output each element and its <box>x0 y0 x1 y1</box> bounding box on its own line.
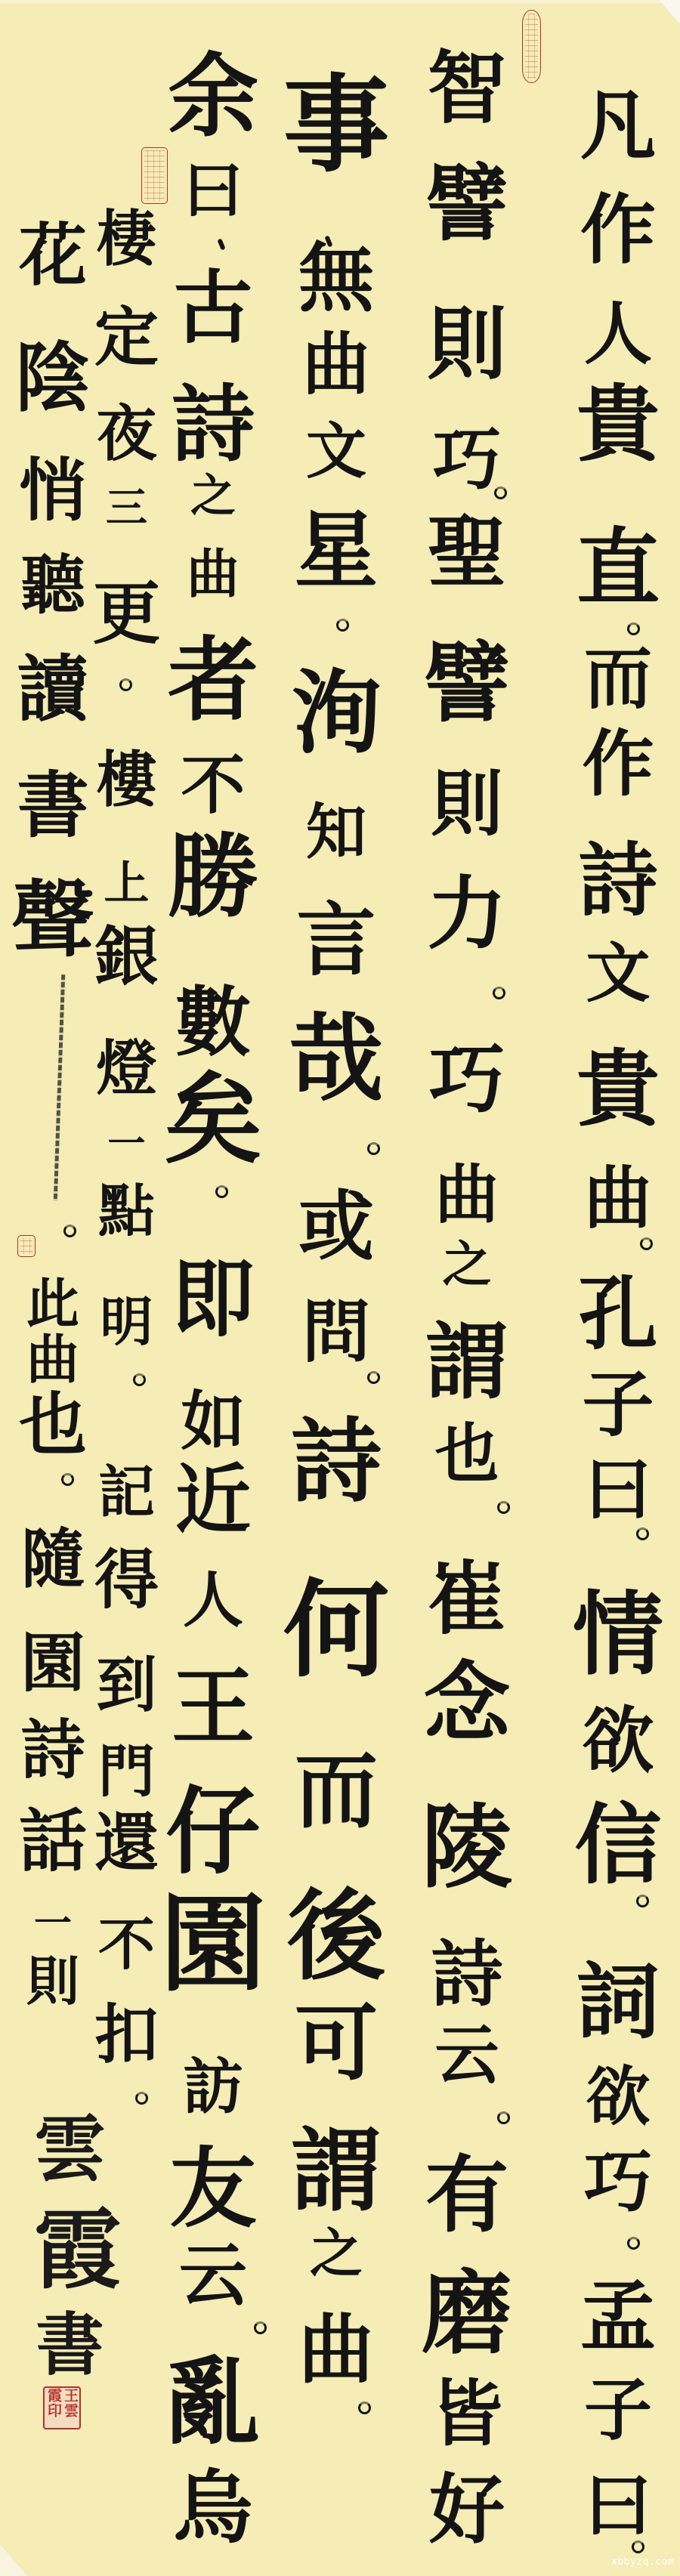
glyph: 詞 <box>569 1960 667 2043</box>
glyph: 即 <box>156 1258 270 1341</box>
glyph: 聖 <box>414 513 520 592</box>
glyph: 古 <box>156 268 270 347</box>
glyph: 詩 <box>156 383 270 466</box>
signature-glyph: 雲 <box>34 2114 106 2185</box>
full-stop-mark <box>640 1237 653 1250</box>
glyph: 曰 <box>156 160 270 221</box>
glyph: 皆 <box>414 2378 520 2450</box>
glyph: 事 <box>280 73 393 178</box>
glyph: 曲 <box>569 1164 667 1232</box>
glyph: 詩 <box>414 1938 520 2010</box>
glyph: 如 <box>156 1390 270 1454</box>
watermark: xbbyzq.com <box>611 2556 674 2568</box>
full-stop-mark <box>497 1501 510 1514</box>
glyph: 謂 <box>280 2126 393 2216</box>
glyph: 子 <box>569 2376 667 2444</box>
full-stop-mark <box>358 2401 371 2414</box>
full-stop-mark <box>119 678 132 691</box>
calligraphy-scroll: 凡 作 人 貴 直 而 作 詩 文 貴 曲 孔 子 曰 情 欲 信 詞 欲 巧 … <box>0 0 680 2576</box>
glyph: 巧 <box>414 1041 520 1117</box>
glyph: 譬 <box>414 162 520 246</box>
full-stop-mark <box>336 619 349 632</box>
glyph: 貴 <box>569 1048 667 1131</box>
text-column-3: 事 無 曲 文 星 洵 知 言 哉 或 問 詩 何 而 後 可 謂 之 曲 <box>280 0 393 2576</box>
glyph: 園 <box>156 1892 270 1997</box>
glyph: 之 <box>280 2227 393 2280</box>
glyph: 詩 <box>569 841 667 920</box>
glyph: 巧 <box>569 2148 667 2216</box>
glyph: 欲 <box>569 1705 667 1777</box>
glyph: 曲 <box>280 330 393 398</box>
glyph: 王 <box>156 1666 270 1749</box>
seal-oval-top <box>522 10 541 83</box>
glyph: 余 <box>156 51 270 142</box>
full-stop-mark <box>61 1473 74 1486</box>
name-seal-text: 王雲霞印 <box>45 2388 79 2428</box>
full-stop-mark <box>133 1373 146 1386</box>
glyph: 也 <box>414 1422 520 1487</box>
glyph: 洵 <box>280 668 393 758</box>
full-stop-mark <box>367 1371 380 1384</box>
full-stop-mark <box>627 2237 640 2250</box>
glyph: 好 <box>414 2472 520 2547</box>
glyph: 星 <box>280 509 393 592</box>
glyph: 則 <box>414 304 520 384</box>
glyph: 文 <box>280 421 393 481</box>
glyph: 之 <box>156 474 270 519</box>
glyph: 孔 <box>569 1274 667 1354</box>
glyph: 言 <box>280 900 393 980</box>
glyph: 近 <box>156 1462 270 1537</box>
seal-small-square-left <box>17 1235 36 1257</box>
glyph: 而 <box>280 1750 393 1833</box>
text-column-1: 凡 作 人 貴 直 而 作 詩 文 貴 曲 孔 子 曰 情 欲 信 詞 欲 巧 … <box>569 0 667 2576</box>
seal-rectangle-upper-left <box>141 147 168 204</box>
glyph: 云 <box>414 2024 520 2088</box>
glyph: 譬 <box>414 640 520 727</box>
glyph: 作 <box>569 728 667 800</box>
name-seal: 王雲霞印 <box>43 2386 81 2429</box>
glyph: 之 <box>414 1240 520 1290</box>
full-stop-mark <box>493 987 505 999</box>
signature-glyph: 霞 <box>34 2207 106 2293</box>
glyph: 磨 <box>414 2269 520 2359</box>
glyph: 友 <box>156 2145 270 2232</box>
glyph: 念 <box>414 1660 520 1747</box>
glyph: 知 <box>280 802 393 862</box>
glyph: 曲 <box>280 2312 393 2387</box>
glyph: 無 <box>280 240 393 316</box>
full-stop-mark <box>254 2321 267 2334</box>
full-stop-mark <box>632 2540 644 2553</box>
glyph: 人 <box>156 1570 270 1630</box>
glyph: 烏 <box>156 2468 270 2547</box>
full-stop-mark <box>215 1185 228 1198</box>
glyph: 後 <box>280 1887 393 1985</box>
glyph: 智 <box>414 48 520 128</box>
glyph: 作 <box>569 192 667 267</box>
glyph: 貴 <box>569 383 667 466</box>
full-stop-mark <box>636 1895 649 1907</box>
glyph: 人 <box>569 300 667 368</box>
glyph: 則 <box>414 768 520 840</box>
glyph: 矣 <box>156 1070 270 1169</box>
full-stop-mark <box>636 1527 649 1540</box>
glyph: 巧 <box>414 425 520 493</box>
glyph: 陵 <box>414 1802 520 1893</box>
glyph: 何 <box>280 1577 393 1683</box>
glyph: 仔 <box>156 1785 270 1879</box>
glyph: 文 <box>569 942 667 1006</box>
full-stop-mark <box>63 1225 76 1237</box>
glyph: 訪 <box>156 2056 270 2117</box>
glyph: 曰 <box>569 1456 667 1524</box>
glyph: 有 <box>414 2154 520 2237</box>
glyph: 凡 <box>569 88 667 163</box>
glyph: 子 <box>569 1369 667 1441</box>
full-stop-mark <box>497 2111 510 2124</box>
text-column-4: 余 曰 古 詩 之 曲 者 不 勝 數 矣 即 如 近 人 王 仔 園 訪 友 … <box>156 0 270 2576</box>
glyph: 曰 <box>569 2472 667 2540</box>
signature-glyph: 書 <box>34 2311 106 2379</box>
glyph: 數 <box>156 984 270 1060</box>
full-stop-mark <box>627 622 640 635</box>
glyph: 而 <box>569 644 667 712</box>
glyph: 問 <box>280 1298 393 1366</box>
signature: 雲 霞 書 <box>34 0 106 2576</box>
glyph: 欲 <box>569 2065 667 2130</box>
glyph: 孟 <box>569 2278 667 2354</box>
glyph: 謂 <box>414 1320 520 1404</box>
glyph: 勝 <box>156 832 270 922</box>
glyph: 者 <box>156 635 270 726</box>
glyph: 不 <box>156 754 270 818</box>
glyph: 崔 <box>414 1559 520 1639</box>
glyph: 亂 <box>156 2355 270 2450</box>
glyph: 可 <box>280 2002 393 2085</box>
glyph: 哉 <box>280 1012 393 1107</box>
text-column-2: 智 譬 則 巧 聖 譬 則 力 巧 曲 之 謂 也 崔 念 陵 詩 云 有 磨 … <box>414 0 520 2576</box>
full-stop-mark <box>494 486 507 499</box>
glyph: 曲 <box>156 548 270 601</box>
glyph: 詩 <box>280 1416 393 1507</box>
glyph: 信 <box>569 1802 667 1889</box>
full-stop-mark <box>135 2092 148 2105</box>
glyph: 或 <box>280 1188 393 1264</box>
glyph: 云 <box>156 2241 270 2309</box>
glyph: 情 <box>569 1589 667 1680</box>
glyph: 直 <box>569 527 667 610</box>
glyph: 力 <box>414 874 520 953</box>
glyph: 曲 <box>414 1163 520 1228</box>
full-stop-mark <box>367 1142 380 1155</box>
